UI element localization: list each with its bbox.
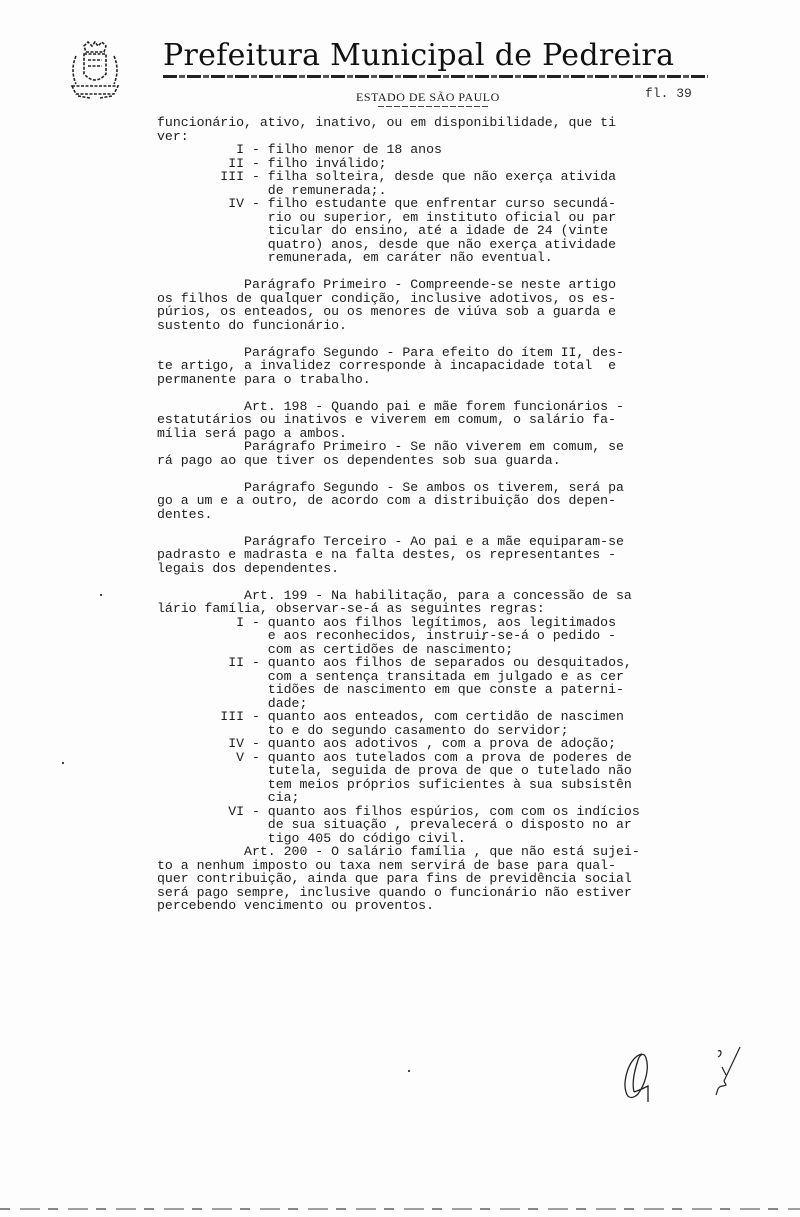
text-line: Art. 200 - O salário família , que não e…: [157, 845, 747, 859]
text-line: tigo 405 do código civil.: [157, 832, 747, 846]
text-line: tidões de nascimento em que conste a pat…: [157, 683, 747, 697]
text-line: os filhos de qualquer condição, inclusiv…: [157, 292, 747, 306]
text-line: mília será pago a ambos.: [157, 427, 747, 441]
text-line: rá pago ao que tiver os dependentes sob …: [157, 454, 747, 468]
text-line: quatro) anos, desde que não exerça ativi…: [157, 238, 747, 252]
paragraph-gap: [157, 265, 747, 279]
text-line: II - filho inválido;: [157, 157, 747, 171]
text-line: rio ou superior, em instituto oficial ou…: [157, 211, 747, 225]
text-line: II - quanto aos filhos de separados ou d…: [157, 656, 747, 670]
text-line: ticular do ensino, até a idade de 24 (vi…: [157, 224, 747, 238]
subtitle-underline: [378, 106, 490, 107]
text-line: Parágrafo Terceiro - Ao pai e a mãe equi…: [157, 535, 747, 549]
document-body: funcionário, ativo, inativo, ou em dispo…: [157, 116, 747, 913]
text-line: to e do segundo casamento do servidor;: [157, 724, 747, 738]
scan-speck: [100, 594, 102, 596]
handwritten-rubric-icon: [712, 1045, 746, 1097]
text-line: funcionário, ativo, inativo, ou em dispo…: [157, 116, 747, 130]
text-line: dade;: [157, 697, 747, 711]
text-line: Parágrafo Segundo - Para efeito do ítem …: [157, 346, 747, 360]
paragraph-gap: [157, 386, 747, 400]
paragraph-gap: [157, 521, 747, 535]
text-line: quer contribuição, ainda que para fins d…: [157, 872, 747, 886]
text-line: V - quanto aos tutelados com a prova de …: [157, 751, 747, 765]
text-line: legais dos dependentes.: [157, 562, 747, 576]
text-line: tem meios próprios suficientes à sua sub…: [157, 778, 747, 792]
text-line: go a um e a outro, de acordo com a distr…: [157, 494, 747, 508]
handwritten-initials-icon: [620, 1050, 660, 1105]
paragraph-gap: [157, 467, 747, 481]
text-line: permanente para o trabalho.: [157, 373, 747, 387]
text-line: Art. 198 - Quando pai e mãe forem funcio…: [157, 400, 747, 414]
text-line: III - filha solteira, desde que não exer…: [157, 170, 747, 184]
text-line: VI - quanto aos filhos espúrios, com com…: [157, 805, 747, 819]
text-line: I - quanto aos filhos legítimos, aos leg…: [157, 616, 747, 630]
text-line: padrasto e madrasta e na falta destes, o…: [157, 548, 747, 562]
text-line: tutela, seguida de prova de que o tutela…: [157, 764, 747, 778]
scan-speck: [62, 762, 64, 764]
text-line: IV - filho estudante que enfrentar curso…: [157, 197, 747, 211]
paragraph-gap: [157, 332, 747, 346]
scan-speck: [408, 1070, 410, 1072]
text-line: e aos reconhecidos, instruir-se-á o pedi…: [157, 629, 747, 643]
scan-edge-artifact: [0, 1208, 800, 1210]
text-line: III - quanto aos enteados, com certidão …: [157, 710, 747, 724]
text-line: te artigo, a invalidez corresponde à inc…: [157, 359, 747, 373]
folio-number: fl. 39: [645, 86, 692, 101]
text-line: Parágrafo Segundo - Se ambos os tiverem,…: [157, 481, 747, 495]
text-line: de sua situação , prevalecerá o disposto…: [157, 818, 747, 832]
scan-speck: [482, 638, 484, 640]
text-line: IV - quanto aos adotivos , com a prova d…: [157, 737, 747, 751]
letterhead-subtitle: ESTADO DE SÃO PAULO: [356, 90, 500, 105]
text-line: cia;: [157, 791, 747, 805]
text-line: Art. 199 - Na habilitação, para a conces…: [157, 589, 747, 603]
text-line: de remunerada;.: [157, 184, 747, 198]
text-line: remunerada, em caráter não eventual.: [157, 251, 747, 265]
municipal-coat-of-arms-icon: [66, 40, 124, 102]
text-line: Parágrafo Primeiro - Compreende-se neste…: [157, 278, 747, 292]
text-line: dentes.: [157, 508, 747, 522]
paragraph-gap: [157, 575, 747, 589]
letterhead-title: Prefeitura Municipal de Pedreira: [163, 38, 674, 73]
letterhead-rule: [163, 75, 708, 78]
text-line: será pago sempre, inclusive quando o fun…: [157, 886, 747, 900]
text-line: lário família, observar-se-á as seguinte…: [157, 602, 747, 616]
text-line: com as certidões de nascimento;: [157, 643, 747, 657]
text-line: sustento do funcionário.: [157, 319, 747, 333]
text-line: estatutários ou inativos e viverem em co…: [157, 413, 747, 427]
text-line: percebendo vencimento ou proventos.: [157, 899, 747, 913]
text-line: I - filho menor de 18 anos: [157, 143, 747, 157]
text-line: púrios, os enteados, ou os menores de vi…: [157, 305, 747, 319]
document-page: Prefeitura Municipal de Pedreira ESTADO …: [0, 0, 800, 1217]
scan-speck: [287, 292, 289, 294]
text-line: Parágrafo Primeiro - Se não viverem em c…: [157, 440, 747, 454]
text-line: ver:: [157, 130, 747, 144]
text-line: com a sentença transitada em julgado e a…: [157, 670, 747, 684]
text-line: to a nenhum imposto ou taxa nem servirá …: [157, 859, 747, 873]
